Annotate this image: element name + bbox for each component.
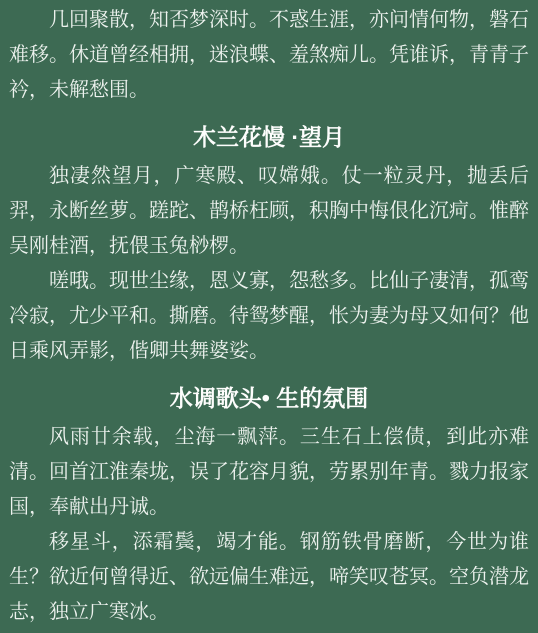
poetry-page: 几回聚散，知否梦深时。不惑生涯，亦问情何物，磐石难移。休道曾经相拥，迷浪蝶、羞煞… [0,0,538,633]
poem-1-stanza-1: 独凄然望月，广寒殿、叹嫦娥。仗一粒灵丹，抛丢后羿，永断丝萝。蹉跎、鹊桥枉顾，积胸… [9,159,529,264]
poem-1-stanza-2: 嗟哦。现世尘缘，恩义寡，怨愁多。比仙子凄清，孤鸾冷寂，尤少平和。撕磨。待鸳梦醒，… [9,264,529,369]
poem-2-stanza-1: 风雨廿余载，尘海一飘萍。三生石上偿债，到此亦难清。回首江淮秦垅，误了花容月貌，劳… [9,420,529,525]
previous-poem-closing-stanza: 几回聚散，知否梦深时。不惑生涯，亦问情何物，磐石难移。休道曾经相拥，迷浪蝶、羞煞… [9,3,529,108]
poem-title-mulanhuaman: 木兰花慢 ·望月 [9,121,529,153]
poem-title-shuidiaogetou: 水调歌头• 生的氛围 [9,382,529,414]
poem-2-stanza-2: 移星斗，添霜鬓，竭才能。钢筋铁骨磨断，今世为谁生？欲近何曾得近、欲远偏生难远，啼… [9,525,529,630]
